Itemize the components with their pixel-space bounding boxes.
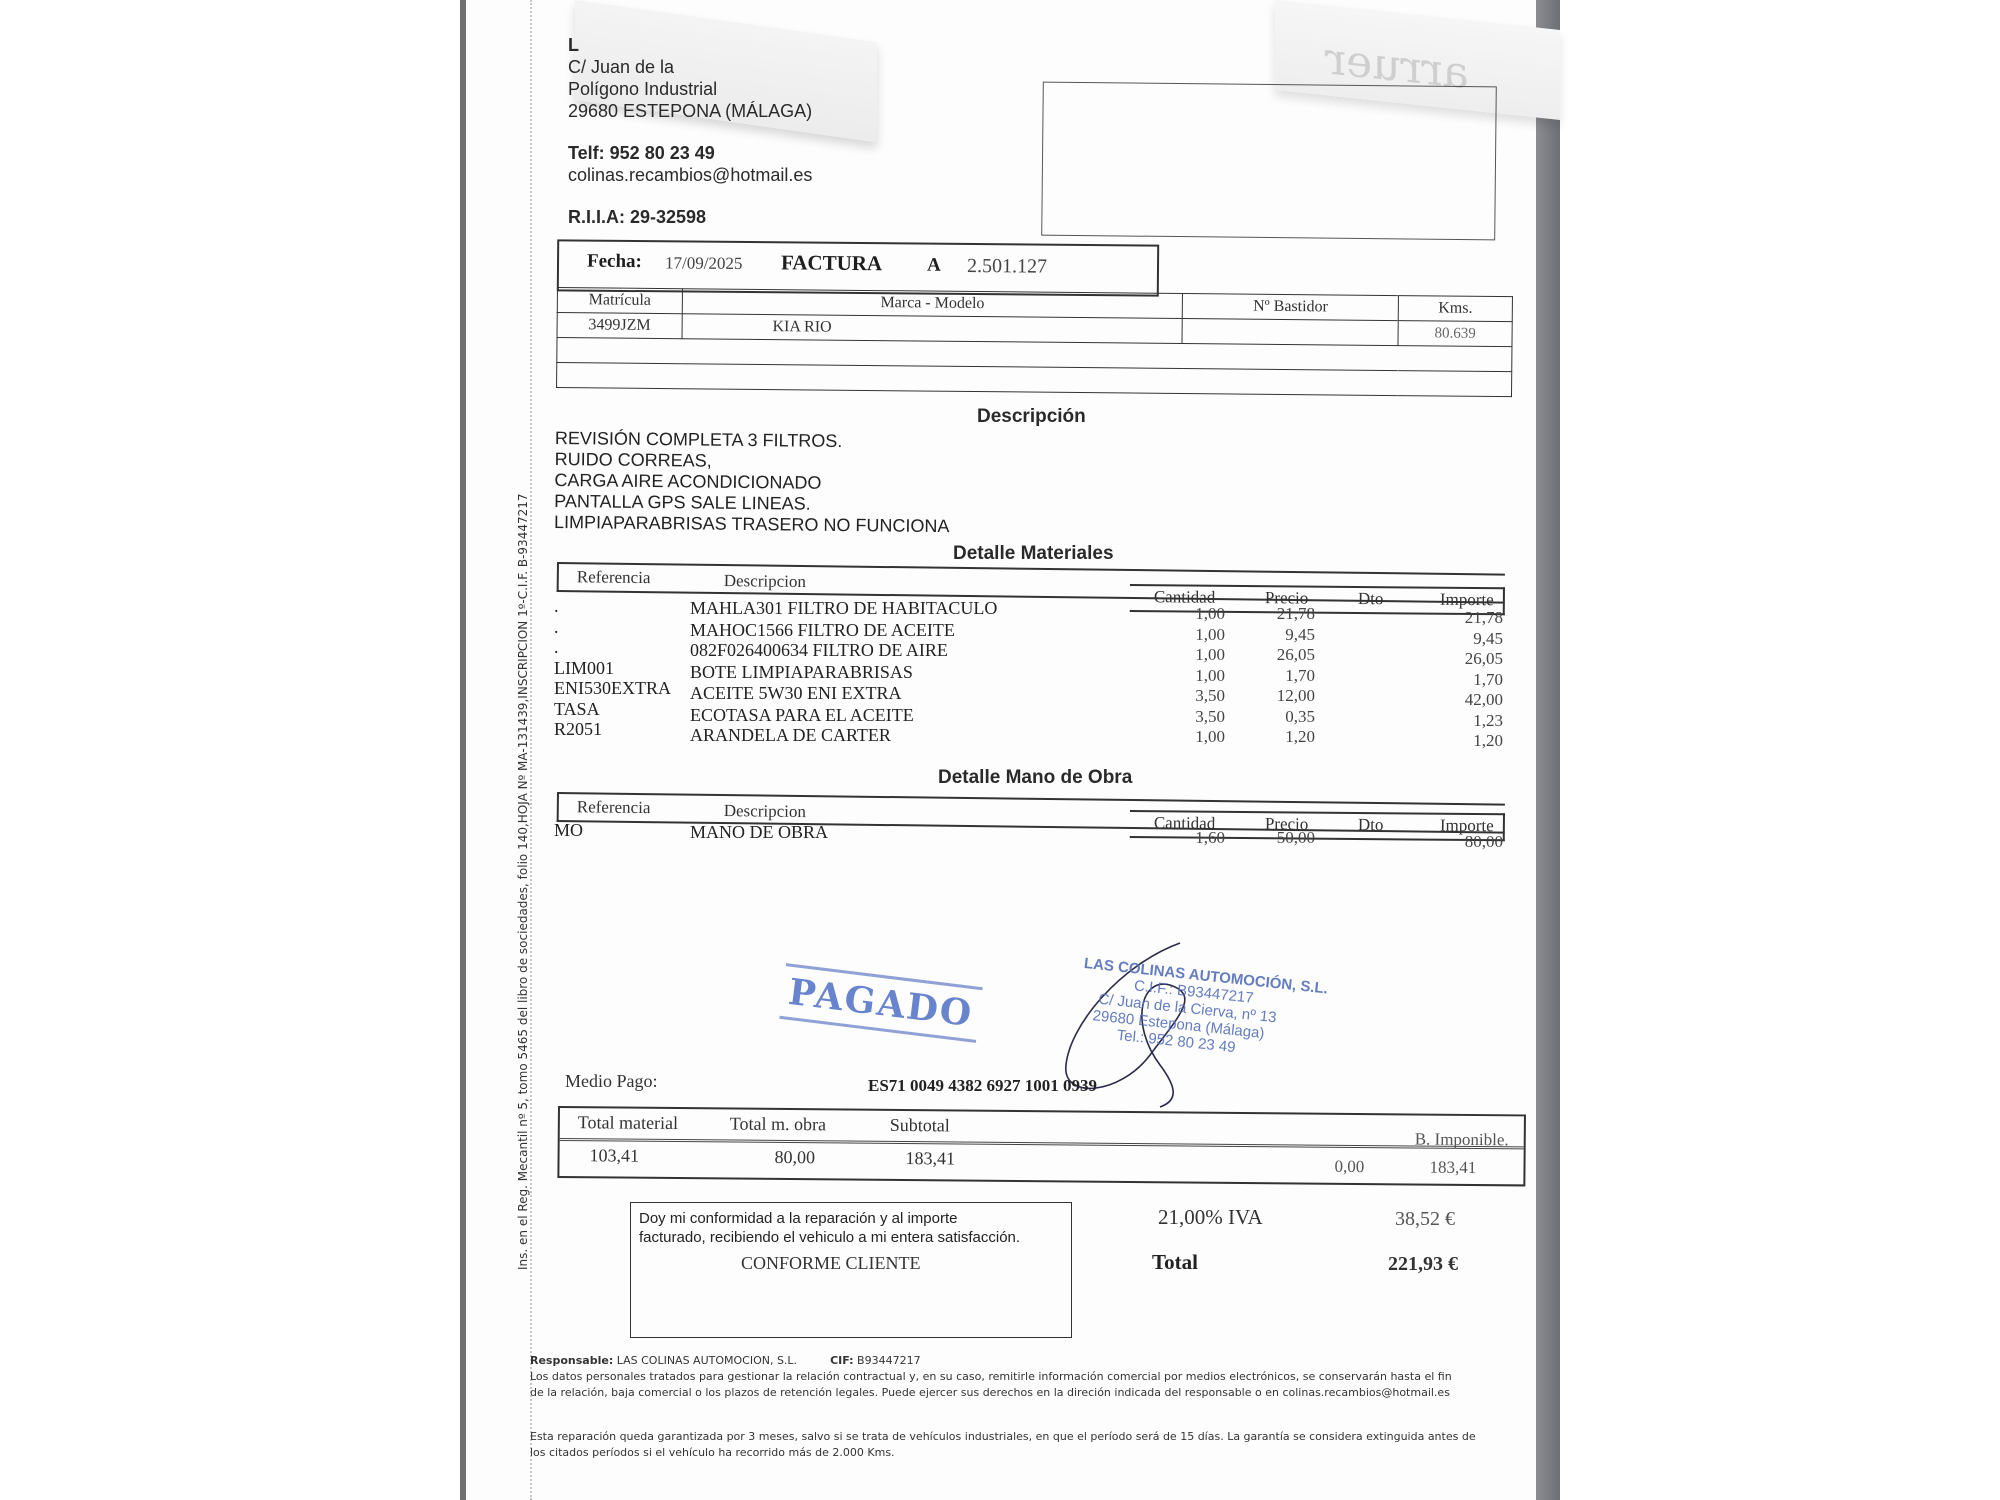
warranty-line: Esta reparación queda garantizada por 3 …: [530, 1429, 1476, 1445]
item-desc: MANO DE OBRA: [690, 822, 828, 843]
registry-vertical-text: Ins. en el Reg. Mecantil nº 5, tomo 5465…: [516, 493, 530, 1270]
item-desc: MAHLA301 FILTRO DE HABITACULO: [690, 598, 997, 619]
totals-box: Total material Total m. obra Subtotal B.…: [557, 1106, 1526, 1186]
item-qty: 1,00: [1150, 625, 1225, 645]
conformity-text: Doy mi conformidad a la reparación y al …: [639, 1209, 1020, 1247]
item-desc: ACEITE 5W30 ENI EXTRA: [690, 683, 901, 704]
company-street: C/ Juan de la: [568, 56, 812, 78]
invoice-series: A: [927, 255, 941, 277]
col-ref: Referencia: [577, 567, 651, 588]
materials-title: Detalle Materiales: [953, 543, 1114, 565]
invoice-type: FACTURA: [781, 250, 882, 276]
cif-value: B93447217: [857, 1354, 921, 1367]
item-price: 12,00: [1250, 686, 1315, 706]
vehicle-kms: 80.639: [1398, 321, 1512, 347]
total-material-value: 103,41: [589, 1145, 639, 1166]
total-labour-label: Total m. obra: [730, 1114, 826, 1136]
labour-title: Detalle Mano de Obra: [938, 767, 1132, 789]
col-desc: Descripcion: [724, 571, 806, 592]
legal-responsible: Responsable: LAS COLINAS AUTOMOCION, S.L…: [530, 1353, 921, 1369]
col-disc: Dto: [1358, 815, 1384, 835]
taxable-value: 183,41: [1429, 1158, 1476, 1178]
item-amount: 1,20: [1400, 731, 1503, 751]
item-ref: ENI530EXTRA: [554, 678, 671, 699]
item-ref: LIM001: [554, 658, 614, 679]
description-line: LIMPIAPARABRISAS TRASERO NO FUNCIONA: [554, 512, 950, 537]
description-title: Descripción: [977, 406, 1086, 428]
privacy-line: Los datos personales tratados para gesti…: [530, 1369, 1452, 1385]
conformity-text-line: Doy mi conformidad a la reparación y al …: [639, 1209, 1020, 1228]
warranty-line: los citados períodos si el vehículo ha r…: [530, 1445, 895, 1461]
item-ref: .: [554, 637, 559, 658]
discount-value: 0,00: [1334, 1157, 1364, 1177]
item-ref: R2051: [554, 719, 602, 740]
item-qty: 3,50: [1150, 707, 1225, 727]
item-price: 0,35: [1250, 707, 1315, 727]
item-amount: 80,00: [1400, 832, 1503, 852]
item-price: 50,00: [1250, 828, 1315, 848]
col-ref: Referencia: [577, 797, 651, 818]
vehicle-vin: [1182, 319, 1398, 346]
subtotal-value: 183,41: [905, 1148, 955, 1169]
payment-label: Medio Pago:: [565, 1071, 658, 1092]
item-qty: 3,50: [1150, 686, 1225, 706]
conformity-label: CONFORME CLIENTE: [741, 1253, 921, 1274]
item-price: 21,78: [1250, 604, 1315, 624]
item-ref: .: [554, 596, 559, 617]
vat-label: 21,00% IVA: [1158, 1205, 1263, 1230]
company-phone: Telf: 952 80 23 49: [568, 142, 812, 164]
total-label: Total: [1152, 1250, 1198, 1275]
item-amount: 1,23: [1400, 711, 1503, 731]
item-desc: MAHOC1566 FILTRO DE ACEITE: [690, 620, 955, 641]
item-amount: 9,45: [1400, 629, 1503, 649]
header-vin: Nº Bastidor: [1183, 294, 1399, 321]
invoice-date: 17/09/2025: [665, 253, 743, 274]
item-amount: 1,70: [1400, 670, 1503, 690]
conformity-text-line: facturado, recibiendo el vehiculo a mi e…: [639, 1228, 1020, 1247]
description-lines: REVISIÓN COMPLETA 3 FILTROS. RUIDO CORRE…: [554, 428, 950, 537]
item-qty: 1,00: [1150, 604, 1225, 624]
item-qty: 1,60: [1150, 828, 1225, 848]
item-desc: ARANDELA DE CARTER: [690, 725, 891, 746]
item-amount: 21,78: [1400, 608, 1503, 628]
vehicle-table: Matrícula Marca - Modelo Nº Bastidor Kms…: [556, 287, 1513, 397]
cif-label: CIF:: [830, 1354, 853, 1367]
item-ref: TASA: [554, 699, 600, 720]
col-desc: Descripcion: [724, 801, 806, 822]
item-desc: 082F026400634 FILTRO DE AIRE: [690, 640, 948, 661]
responsible-value: LAS COLINAS AUTOMOCION, S.L.: [617, 1354, 797, 1367]
company-email: colinas.recambios@hotmail.es: [568, 164, 812, 186]
payment-iban: ES71 0049 4382 6927 1001 0939: [868, 1076, 1097, 1096]
item-qty: 1,00: [1150, 666, 1225, 686]
vehicle-plate: 3499JZM: [557, 313, 682, 339]
perforation-line: [530, 0, 532, 1500]
item-desc: ECOTASA PARA EL ACEITE: [690, 705, 914, 726]
item-qty: 1,00: [1150, 727, 1225, 747]
item-ref: .: [554, 617, 559, 638]
vat-value: 38,52 €: [1395, 1208, 1455, 1231]
item-price: 1,20: [1250, 727, 1315, 747]
customer-address-box: [1041, 82, 1497, 241]
col-disc: Dto: [1358, 589, 1384, 609]
responsible-label: Responsable:: [530, 1354, 613, 1367]
item-price: 9,45: [1250, 625, 1315, 645]
item-amount: 42,00: [1400, 690, 1503, 710]
totals-divider: [560, 1138, 1524, 1149]
total-material-label: Total material: [578, 1112, 678, 1134]
company-initial: L: [568, 34, 812, 56]
item-ref: MO: [554, 820, 583, 841]
item-amount: 26,05: [1400, 649, 1503, 669]
taxable-label: B. Imponible.: [1415, 1129, 1509, 1150]
company-area: Polígono Industrial: [568, 78, 812, 100]
privacy-line: de la relación, baja comercial o los pla…: [530, 1385, 1450, 1401]
customer-conformity-box: Doy mi conformidad a la reparación y al …: [630, 1202, 1072, 1338]
company-header: L C/ Juan de la Polígono Industrial 2968…: [568, 34, 812, 228]
item-qty: 1,00: [1150, 645, 1225, 665]
item-price: 26,05: [1250, 645, 1315, 665]
invoice-number: 2.501.127: [967, 255, 1047, 279]
header-plate: Matrícula: [557, 288, 682, 314]
total-labour-value: 80,00: [774, 1147, 815, 1168]
company-riia: R.I.I.A: 29-32598: [568, 206, 812, 228]
item-price: 1,70: [1250, 666, 1315, 686]
date-label: Fecha:: [587, 251, 642, 273]
total-value: 221,93 €: [1388, 1253, 1458, 1276]
background-right-edge: [1536, 0, 1560, 1500]
header-kms: Kms.: [1398, 296, 1512, 322]
item-desc: BOTE LIMPIAPARABRISAS: [690, 662, 913, 683]
subtotal-label: Subtotal: [890, 1115, 950, 1137]
company-city: 29680 ESTEPONA (MÁLAGA): [568, 100, 812, 122]
